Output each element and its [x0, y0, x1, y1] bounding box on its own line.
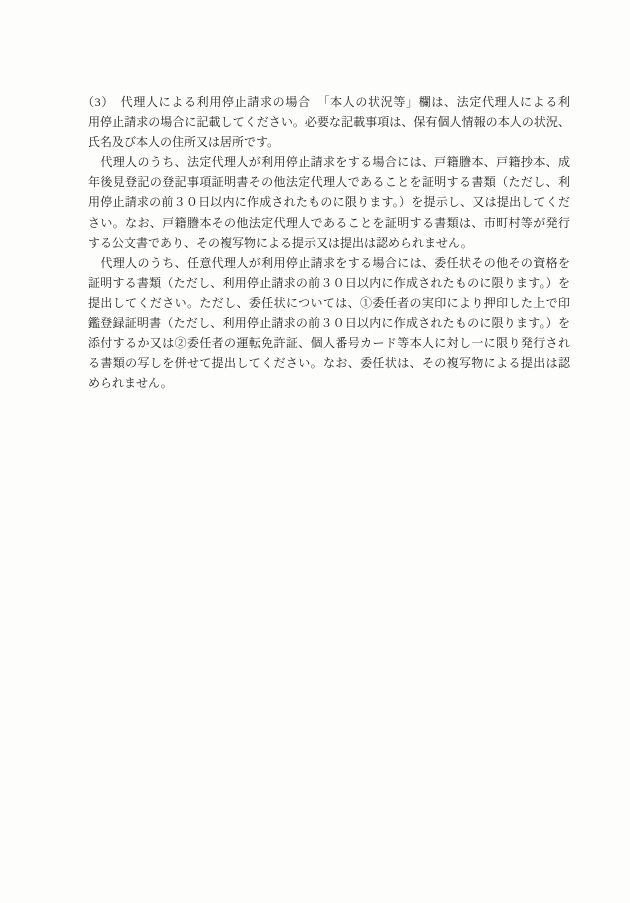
text-line: められません。 [88, 373, 570, 393]
text-line: （3） 代理人による利用停止請求の場合 「本人の状況等」欄は、法定代理人による利 [82, 92, 570, 112]
text-line: 用停止請求の場合に記載してください。必要な記載事項は、保有個人情報の本人の状況、 [88, 112, 570, 132]
text-line: 添付するか又は②委任者の運転免許証、個人番号カード等本人に対し一に限り発行され [88, 333, 570, 353]
text-line: 代理人のうち、法定代理人が利用停止請求をする場合には、戸籍謄本、戸籍抄本、成 [88, 152, 570, 172]
text-line: 年後見登記の登記事項証明書その他法定代理人であることを証明する書類（ただし、利 [88, 172, 570, 192]
document-page: （3） 代理人による利用停止請求の場合 「本人の状況等」欄は、法定代理人による利… [0, 0, 630, 903]
text-line: 用停止請求の前３０日以内に作成されたものに限ります。）を提示し、又は提出してくだ [88, 192, 570, 212]
text-line: る書類の写しを併せて提出してください。なお、委任状は、その複写物による提出は認 [88, 353, 570, 373]
text-line: 代理人のうち、任意代理人が利用停止請求をする場合には、委任状その他その資格を [88, 253, 570, 273]
text-line: さい。なお、戸籍謄本その他法定代理人であることを証明する書類は、市町村等が発行 [88, 213, 570, 233]
body-text-block: （3） 代理人による利用停止請求の場合 「本人の状況等」欄は、法定代理人による利… [88, 92, 570, 393]
text-line: 提出してください。ただし、委任状については、①委任者の実印により押印した上で印 [88, 293, 570, 313]
text-line: 証明する書類（ただし、利用停止請求の前３０日以内に作成されたものに限ります。）を [88, 273, 570, 293]
text-line: 氏名及び本人の住所又は居所です。 [88, 132, 570, 152]
text-line: 鑑登録証明書（ただし、利用停止請求の前３０日以内に作成されたものに限ります。）を [88, 313, 570, 333]
text-line: する公文書であり、その複写物による提示又は提出は認められません。 [88, 233, 570, 253]
